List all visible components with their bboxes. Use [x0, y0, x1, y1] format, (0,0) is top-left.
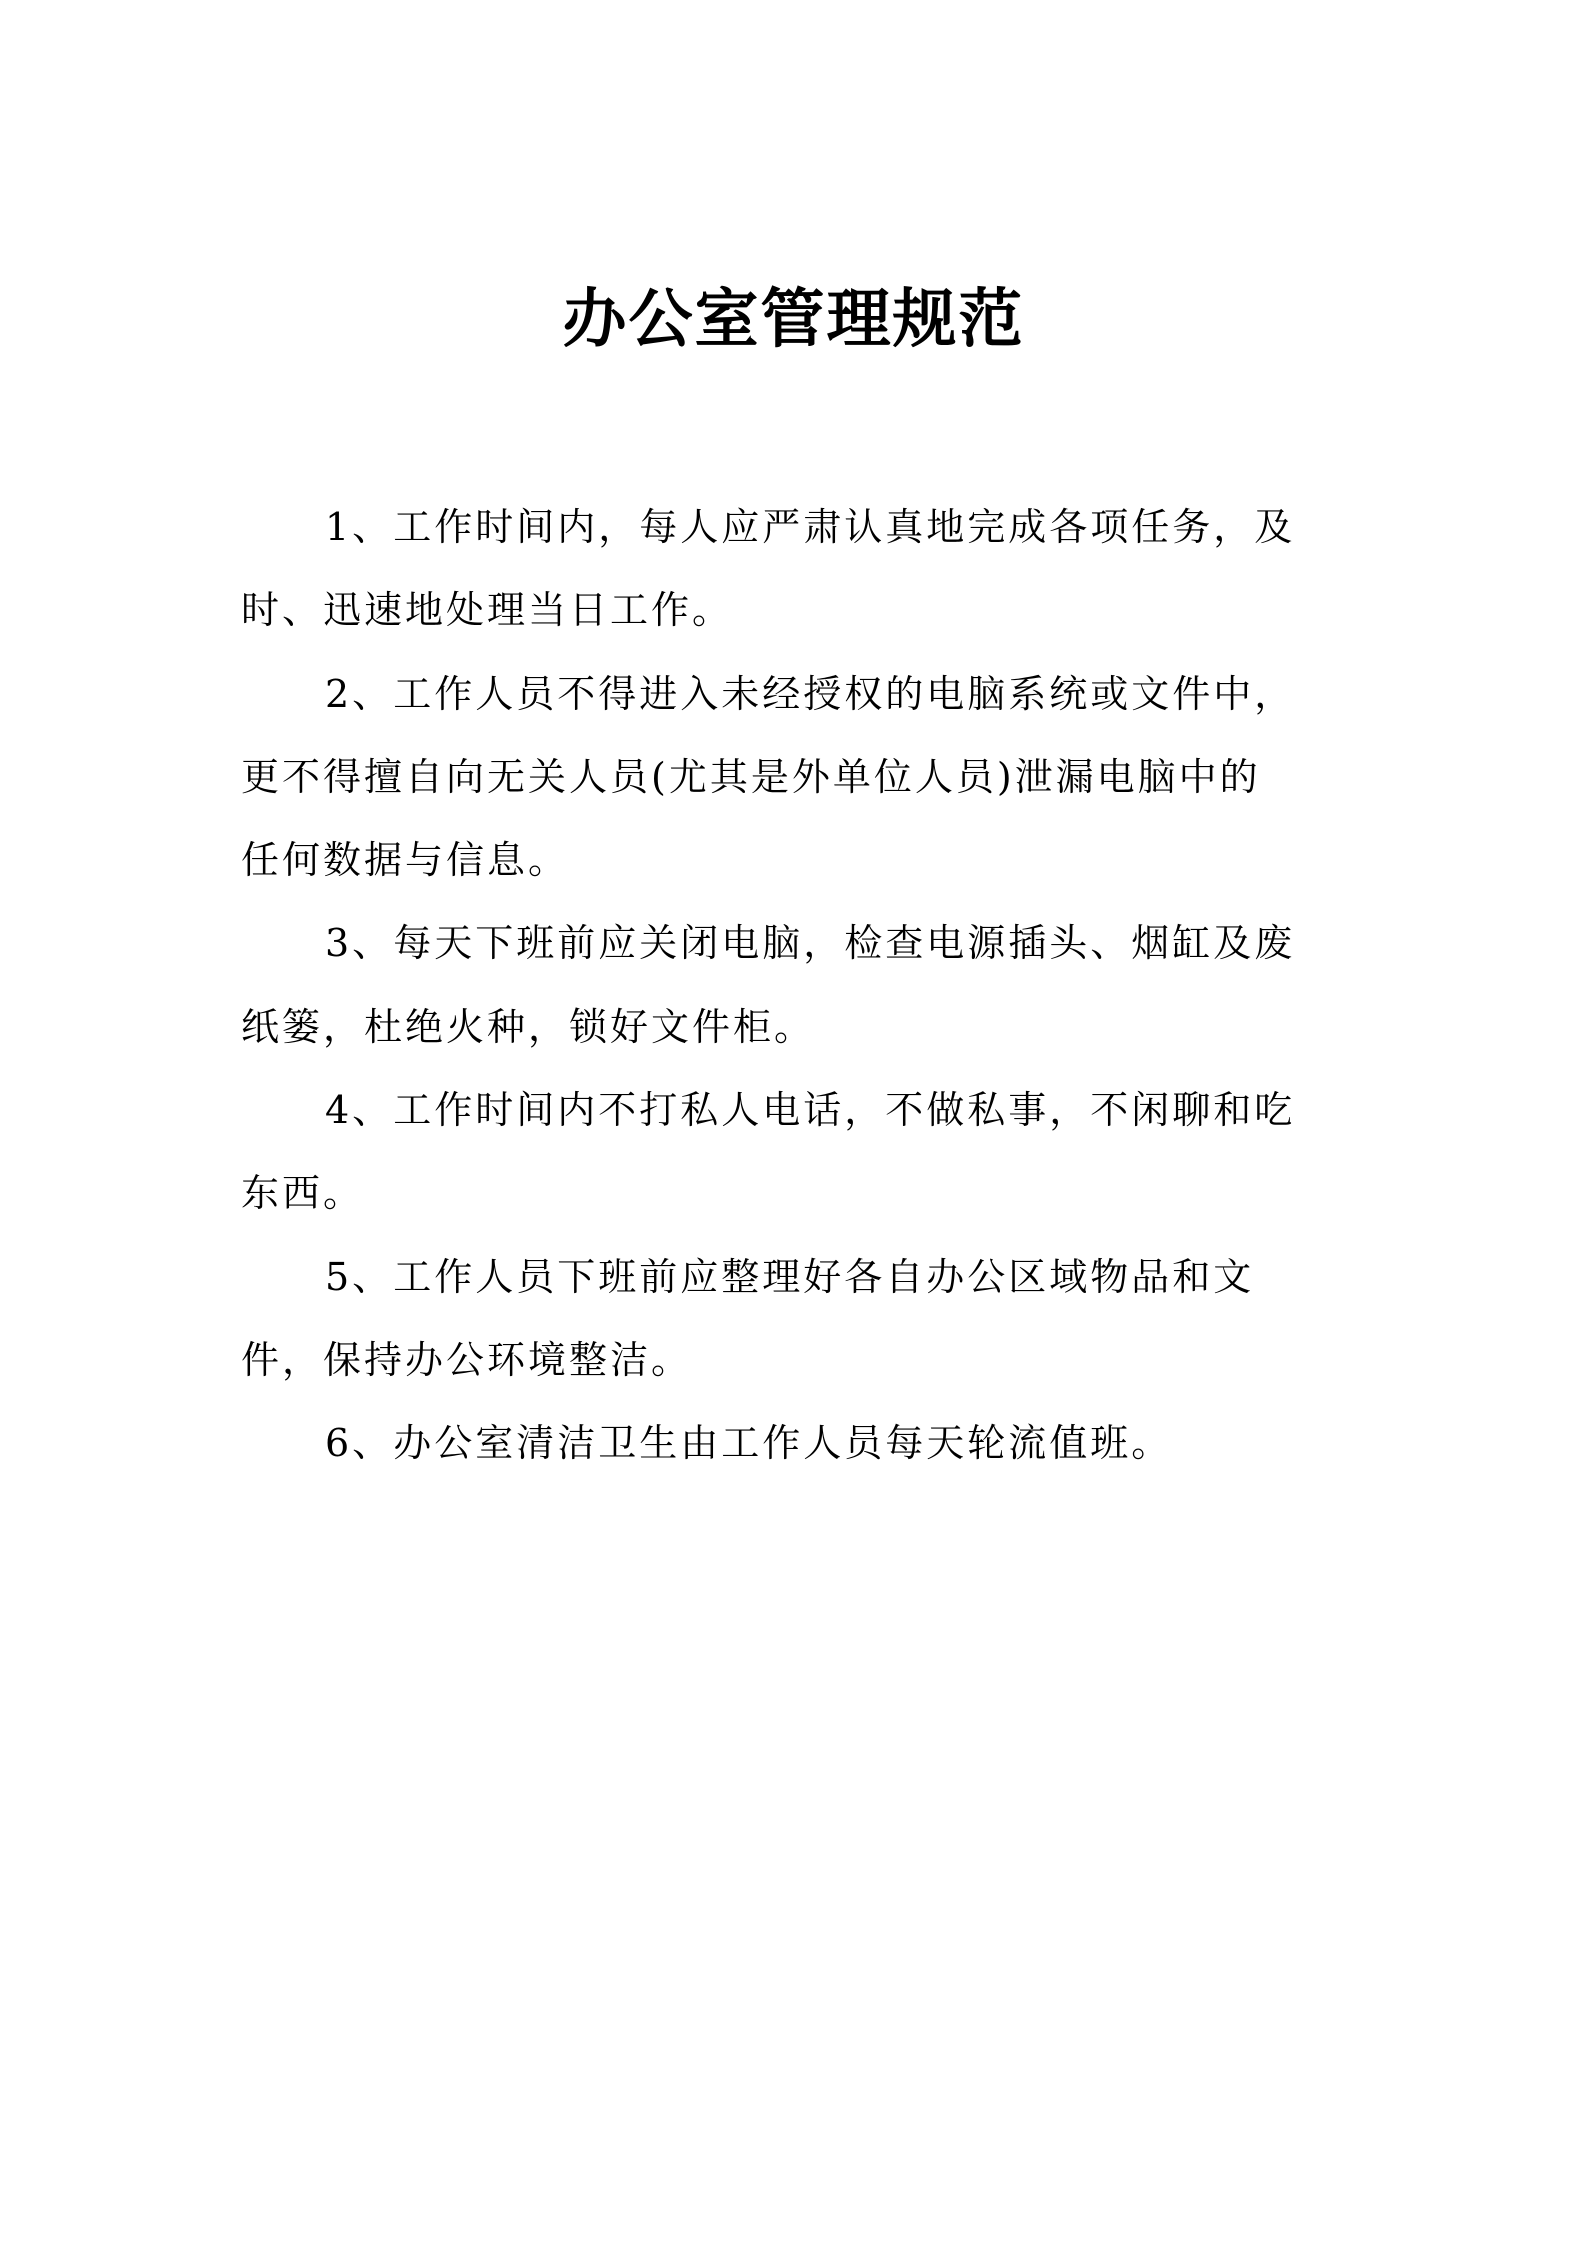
- list-item: 2、工作人员不得进入未经授权的电脑系统或文件中， 更不得擅自向无关人员(尤其是外…: [241, 653, 1357, 903]
- item-line: 纸篓，杜绝火种，锁好文件柜。: [241, 986, 1357, 1069]
- item-text: 工作时间内，每人应严肃认真地完成各项任务，及: [393, 505, 1295, 549]
- item-line: 东西。: [241, 1152, 1357, 1235]
- document-title: 办公室管理规范: [0, 278, 1587, 362]
- item-text: 工作时间内不打私人电话，不做私事，不闲聊和吃: [393, 1088, 1295, 1132]
- item-number: 3、: [325, 921, 393, 965]
- item-number: 4、: [325, 1088, 393, 1132]
- item-line: 3、每天下班前应关闭电脑，检查电源插头、烟缸及废: [241, 902, 1357, 985]
- list-item: 3、每天下班前应关闭电脑，检查电源插头、烟缸及废 纸篓，杜绝火种，锁好文件柜。: [241, 902, 1357, 1069]
- item-line: 件，保持办公环境整洁。: [241, 1319, 1357, 1402]
- item-line: 任何数据与信息。: [241, 819, 1357, 902]
- item-line: 6、办公室清洁卫生由工作人员每天轮流值班。: [241, 1402, 1357, 1485]
- item-text: 每天下班前应关闭电脑，检查电源插头、烟缸及废: [393, 921, 1295, 965]
- item-text: 工作人员不得进入未经授权的电脑系统或文件中，: [393, 672, 1295, 716]
- item-number: 5、: [325, 1255, 393, 1299]
- document-page: 办公室管理规范 1、工作时间内，每人应严肃认真地完成各项任务，及 时、迅速地处理…: [0, 0, 1587, 2245]
- item-number: 6、: [325, 1421, 393, 1465]
- item-number: 1、: [325, 505, 393, 549]
- document-body: 1、工作时间内，每人应严肃认真地完成各项任务，及 时、迅速地处理当日工作。 2、…: [241, 486, 1357, 1486]
- item-line: 5、工作人员下班前应整理好各自办公区域物品和文: [241, 1236, 1357, 1319]
- item-line: 时、迅速地处理当日工作。: [241, 569, 1357, 652]
- item-line: 2、工作人员不得进入未经授权的电脑系统或文件中，: [241, 653, 1357, 736]
- item-text: 工作人员下班前应整理好各自办公区域物品和文: [393, 1255, 1254, 1299]
- item-line: 1、工作时间内，每人应严肃认真地完成各项任务，及: [241, 486, 1357, 569]
- item-line: 4、工作时间内不打私人电话，不做私事，不闲聊和吃: [241, 1069, 1357, 1152]
- list-item: 5、工作人员下班前应整理好各自办公区域物品和文 件，保持办公环境整洁。: [241, 1236, 1357, 1403]
- list-item: 6、办公室清洁卫生由工作人员每天轮流值班。: [241, 1402, 1357, 1485]
- list-item: 1、工作时间内，每人应严肃认真地完成各项任务，及 时、迅速地处理当日工作。: [241, 486, 1357, 653]
- item-text: 办公室清洁卫生由工作人员每天轮流值班。: [393, 1421, 1172, 1465]
- item-line: 更不得擅自向无关人员(尤其是外单位人员)泄漏电脑中的: [241, 736, 1357, 819]
- item-number: 2、: [325, 672, 393, 716]
- list-item: 4、工作时间内不打私人电话，不做私事，不闲聊和吃 东西。: [241, 1069, 1357, 1236]
